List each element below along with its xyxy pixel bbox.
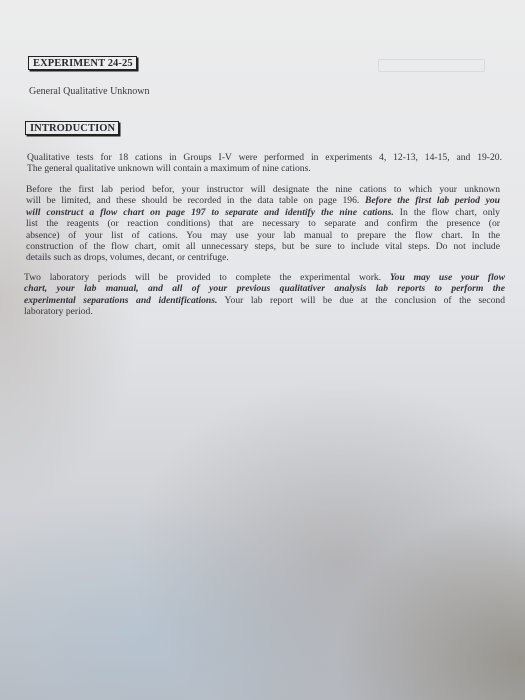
paragraph-line: The general qualitative unknown will con…: [27, 163, 502, 174]
emphasis-text: You may use your flow: [390, 272, 505, 283]
paragraph-line: Two laboratory periods will be provided …: [24, 272, 505, 283]
experiment-subtitle: General Qualitative Unknown: [29, 86, 150, 97]
emphasis-text: experimental separations and identificat…: [24, 295, 217, 306]
paragraph-line: Qualitative tests for 18 cations in Grou…: [27, 152, 502, 163]
plain-text: Two laboratory periods will be provided …: [24, 272, 390, 283]
experiment-label: EXPERIMENT 24-25: [28, 56, 137, 70]
paragraph-2: Before the first lab period befor, your …: [26, 184, 500, 264]
paragraph-3: Two laboratory periods will be provided …: [24, 272, 505, 318]
document-page: EXPERIMENT 24-25 General Qualitative Unk…: [0, 0, 525, 700]
paragraph-1: Qualitative tests for 18 cations in Grou…: [27, 152, 502, 175]
paragraph-line: absence) of your list of cations. You ma…: [26, 230, 500, 241]
plain-text: will be limited, and these should be rec…: [26, 195, 365, 206]
paragraph-line: chart, your lab manual, and all of your …: [24, 283, 505, 294]
section-heading-introduction: INTRODUCTION: [25, 121, 119, 135]
plain-text: In the flow chart, only: [394, 207, 500, 218]
emphasis-text: will construct a flow chart on page 197 …: [26, 207, 394, 218]
bleed-through-box: [378, 59, 485, 72]
paragraph-line: laboratory period.: [24, 306, 505, 317]
emphasis-text: Before the first lab period you: [365, 195, 500, 206]
paragraph-line: list the reagents (or reaction condition…: [26, 218, 500, 229]
paragraph-line: will construct a flow chart on page 197 …: [26, 207, 500, 218]
paragraph-line: Before the first lab period befor, your …: [26, 184, 500, 195]
paragraph-line: will be limited, and these should be rec…: [26, 195, 500, 206]
paragraph-line: construction of the flow chart, omit all…: [26, 241, 500, 252]
paragraph-line: details such as drops, volumes, decant, …: [26, 252, 500, 263]
plain-text: Your lab report will be due at the concl…: [217, 295, 505, 306]
paragraph-line: experimental separations and identificat…: [24, 295, 505, 306]
